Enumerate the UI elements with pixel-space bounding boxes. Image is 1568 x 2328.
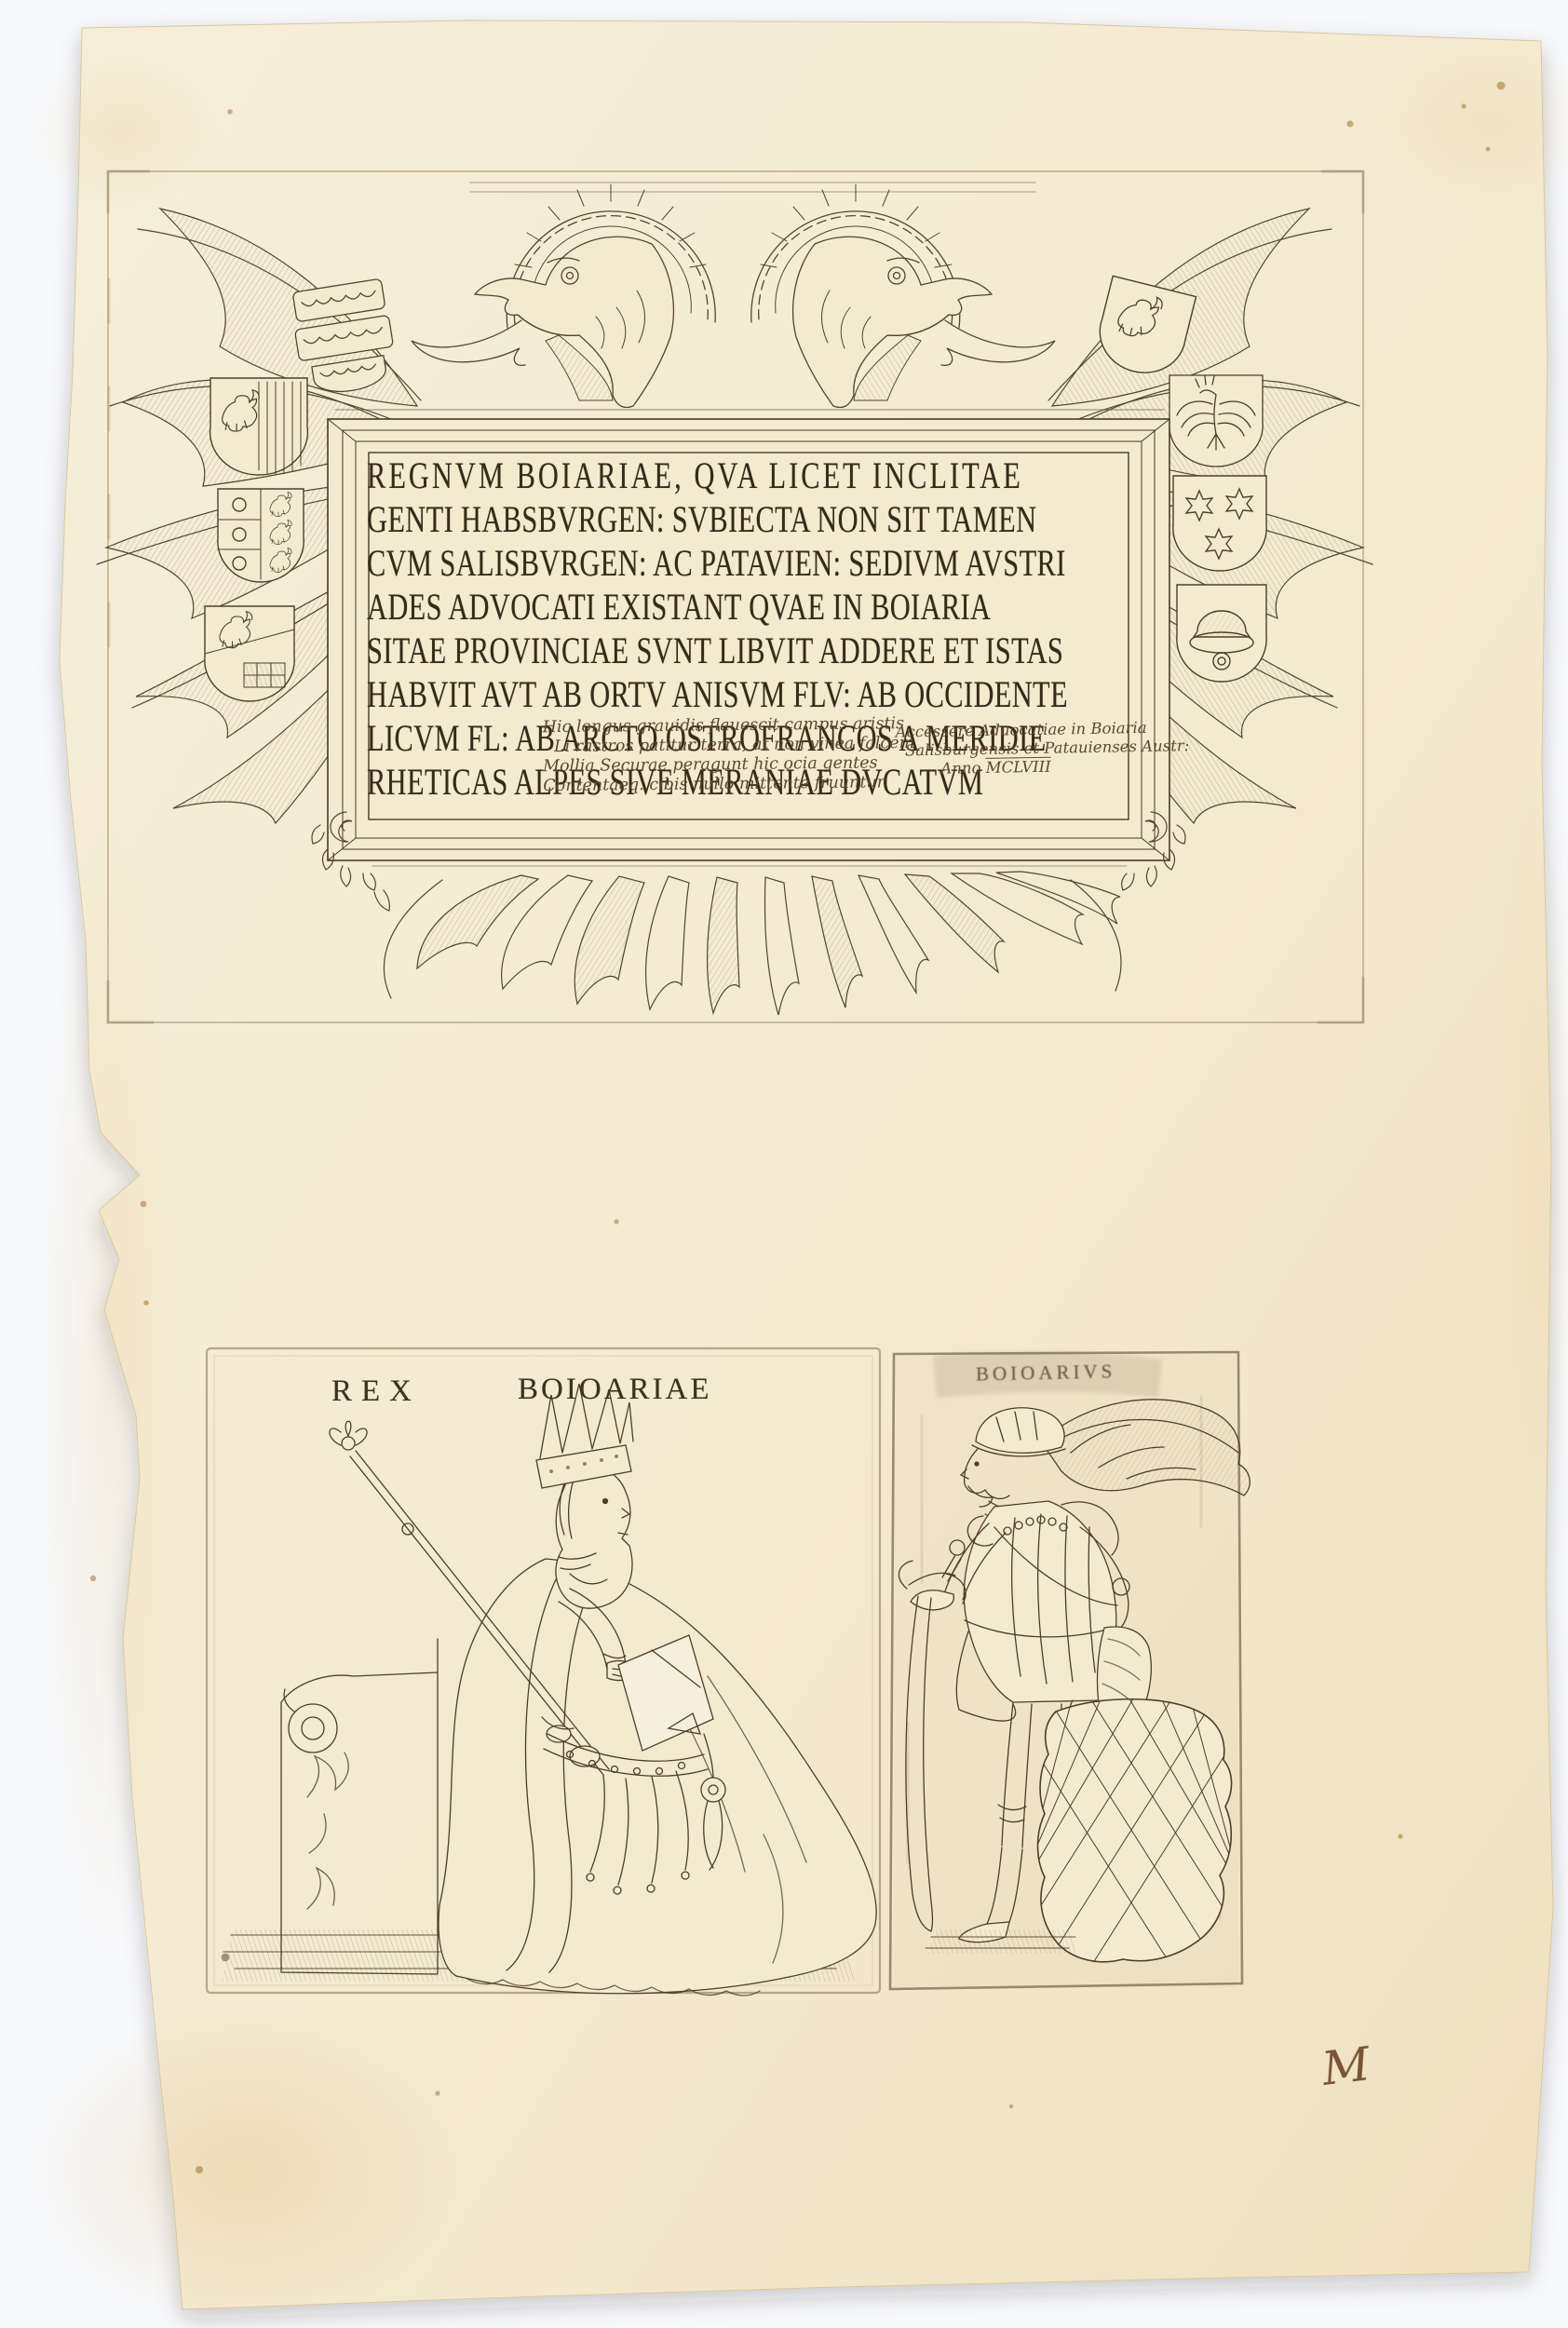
knight-etching-plate: [890, 1351, 1276, 1989]
coat-of-arms-left-3: [205, 606, 294, 701]
lozengy-shield: [1038, 1699, 1232, 1962]
inscription-line: CVM SALISBVRGEN: AC PATAVIEN: SEDIVM AVS…: [367, 541, 970, 585]
king-plate-title-left: REX: [331, 1374, 421, 1409]
king-plate-title-right: BOIOARIAE: [518, 1373, 711, 1407]
anno-prefix: Anno: [940, 759, 986, 778]
coat-of-arms-right-hat: [1177, 585, 1266, 682]
coat-of-arms-left-1: [210, 378, 308, 475]
collector-monogram: M: [1319, 2037, 1373, 2096]
inscription-line: ADES ADVOCATI EXISTANT QVAE IN BOIARIA: [367, 585, 970, 629]
coat-of-arms-left-2: [218, 489, 304, 582]
king-head: [556, 1468, 632, 1608]
latin-verse: Hic longus grauidis flauescit campus ari…: [543, 714, 935, 796]
inscription-line: SITAE PROVINCIAE SVNT LIBVIT ADDERE ET I…: [367, 629, 970, 672]
scanned-print-sheet: REGNVM BOIARIAE, QVA LICET INCLITAE GENT…: [0, 0, 1568, 2328]
marginal-note: Accessere Aduocatiae in Boiaria Salisbur…: [895, 718, 1175, 778]
anno-year: MCLVIII: [986, 758, 1051, 777]
etching-artwork: [0, 0, 1568, 2328]
knight-plate-title: BOIOARIVS: [976, 1360, 1116, 1386]
inscription-line: GENTI HABSBVRGEN: SVBIECTA NON SIT TAMEN: [367, 497, 970, 541]
coat-of-arms-right-stars: [1173, 476, 1266, 571]
inscription-line: HABVIT AVT AB ORTV ANISVM FLV: AB OCCIDE…: [367, 672, 970, 716]
verse-line: Contentaeq. cibis nullo mittente fruuntu…: [543, 773, 934, 796]
coat-of-arms-right-eagle: [1169, 375, 1263, 467]
inscription-line: REGNVM BOIARIAE, QVA LICET INCLITAE: [367, 453, 970, 497]
